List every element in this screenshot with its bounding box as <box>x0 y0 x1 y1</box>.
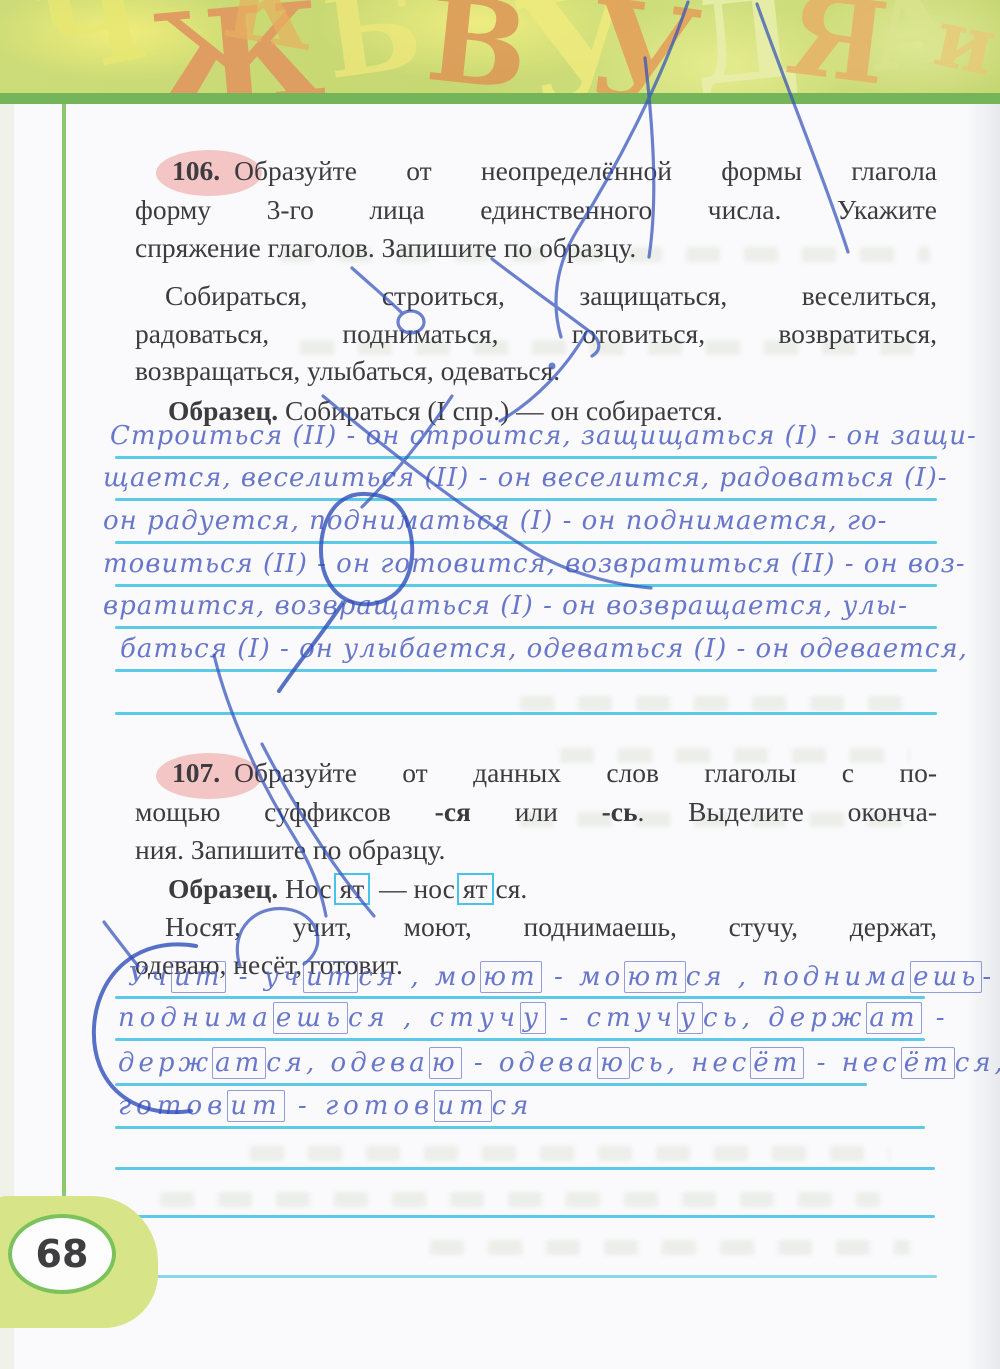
ruled-line <box>115 626 937 629</box>
scan-edge-left <box>0 104 14 1369</box>
text-line: ния. Запишите по образцу. <box>135 831 937 870</box>
handwriting-row: товиться (II) - он готовится, возвратить… <box>103 549 966 579</box>
handwriting-row: щается, веселиться (II) - он веселится, … <box>103 463 948 493</box>
ink-bleed-smudge <box>250 1146 890 1161</box>
page-number-badge: 68 <box>8 1214 116 1294</box>
handwriting-row: Учит - учится , моют - моются , поднимае… <box>128 962 995 992</box>
exercise-107-sample: Образец. Носят — носятся. <box>168 870 948 909</box>
text-line: Носят, учит, моют, поднимаешь, стучу, де… <box>135 908 937 946</box>
ruled-line <box>115 498 937 501</box>
band-letter: У <box>579 0 705 93</box>
text-line: спряжение глаголов. Запишите по образцу. <box>135 229 937 268</box>
text-line: 106.Образуйте от неопределённой формы гл… <box>135 152 937 191</box>
text-line: мощью суффиксов -ся или -сь. Выделите ок… <box>135 793 937 832</box>
decorative-header-band: ЧЖКБВУУДЯАи <box>0 0 1000 93</box>
ruled-line <box>115 584 937 587</box>
ruled-line <box>115 712 937 715</box>
scan-edge-right <box>966 104 1000 1369</box>
left-margin-line <box>62 104 66 1218</box>
text-line: возвращаться, улыбаться, одеваться. <box>135 352 937 390</box>
ink-bleed-smudge <box>430 1240 910 1255</box>
header-green-bar <box>0 93 1000 104</box>
handwriting-row: он радуется, подниматься (I) - он подним… <box>103 506 887 536</box>
ruled-line <box>115 1167 935 1170</box>
handwriting-row: баться (I) - он улыбается, одеваться (I)… <box>120 634 968 664</box>
ruled-line <box>115 541 937 544</box>
handwriting-row: вратится, возвращаться (I) - он возвраща… <box>103 591 908 621</box>
page-number: 68 <box>36 1232 89 1276</box>
band-letter: К <box>217 0 324 65</box>
ruled-line <box>115 1038 925 1041</box>
text-line: Собираться, строиться, защищаться, весел… <box>135 277 937 315</box>
exercise-107-heading: 107.Образуйте от данных слов глаголы с п… <box>135 754 937 870</box>
handwriting-row: поднимаешься , стучу - стучусь, держат - <box>118 1003 950 1033</box>
text-line: форму 3-го лица единственного числа. Ука… <box>135 191 937 230</box>
text-line: 107.Образуйте от данных слов глаголы с п… <box>135 754 937 793</box>
ruled-line <box>115 1126 925 1129</box>
handwriting-row: Строиться (II) - он строится, защищаться… <box>110 421 977 451</box>
exercise-106-heading: 106.Образуйте от неопределённой формы гл… <box>135 152 937 268</box>
text-line: радоваться, подниматься, готовиться, воз… <box>135 315 937 353</box>
handwriting-row: держатся, одеваю - одеваюсь, несёт - нес… <box>118 1048 1000 1078</box>
ruled-line <box>115 669 937 672</box>
ink-bleed-smudge <box>520 696 920 711</box>
ruled-line <box>115 456 937 459</box>
ruled-line <box>115 996 925 999</box>
handwriting-row: готовит - готовится <box>118 1091 533 1121</box>
workbook-page: ЧЖКБВУУДЯАи 106.Образуйте от неопределён… <box>0 0 1000 1369</box>
band-letter: Ч <box>29 0 156 93</box>
ruled-line <box>115 1275 937 1278</box>
ink-bleed-smudge <box>160 1192 880 1207</box>
exercise-106-word-list: Собираться, строиться, защищаться, весел… <box>135 277 937 390</box>
ruled-line <box>115 1083 867 1086</box>
text-line: Образец. Носят — носятся. <box>168 870 948 909</box>
ruled-line <box>115 1215 935 1218</box>
band-letter: Б <box>318 0 428 93</box>
